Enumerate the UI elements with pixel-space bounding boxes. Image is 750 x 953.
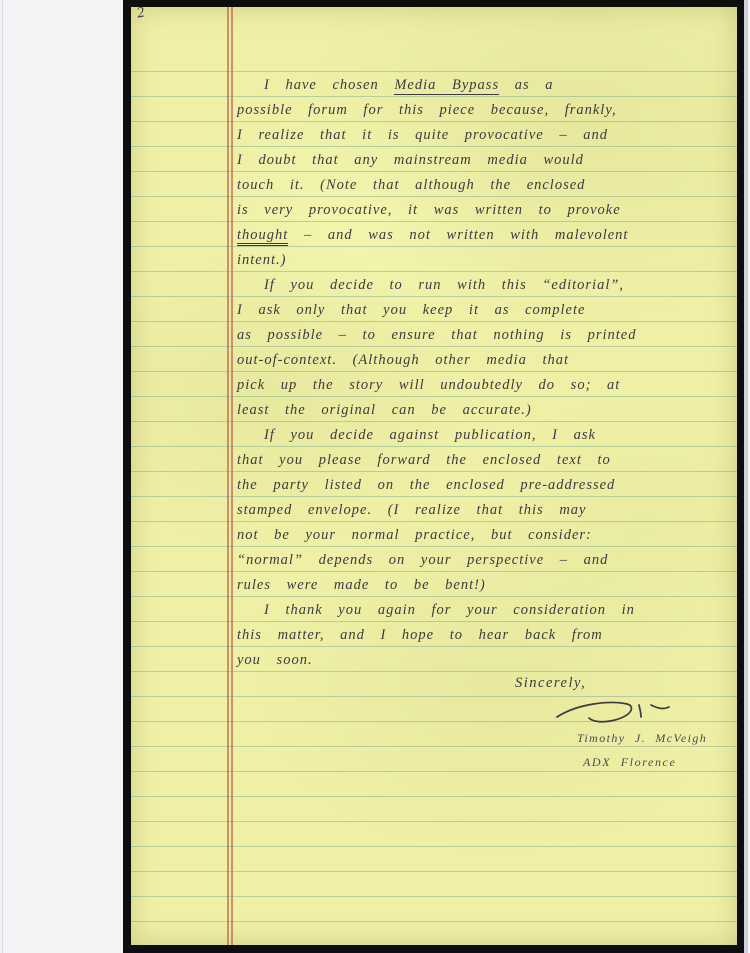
handwritten-line: If you decide to run with this “editoria… <box>237 273 729 298</box>
red-margin-line <box>227 7 233 945</box>
handwritten-line: thought – and was not written with malev… <box>237 223 729 248</box>
handwritten-line: pick up the story will undoubtedly do so… <box>237 373 729 398</box>
handwritten-line: I thank you again for your consideration… <box>237 598 729 623</box>
closing-salutation: Sincerely, <box>515 675 586 692</box>
handwritten-line: I ask only that you keep it as complete <box>237 298 729 323</box>
paper-edge-highlight <box>744 0 748 953</box>
handwritten-line: rules were made to be bent!) <box>237 573 729 598</box>
handwritten-line: is very provocative, it was written to p… <box>237 198 729 223</box>
handwritten-line: you soon. <box>237 648 729 673</box>
scan-left-margin-line <box>2 0 3 953</box>
handwritten-line: I doubt that any mainstream media would <box>237 148 729 173</box>
handwritten-line: this matter, and I hope to hear back fro… <box>237 623 729 648</box>
underlined-word: Media Bypass <box>394 77 499 95</box>
handwritten-line: intent.) <box>237 248 729 273</box>
double-underlined-word: thought <box>237 227 288 246</box>
legal-pad-page: 2 I have chosen Media Bypass as a possib… <box>131 7 737 945</box>
handwritten-line: touch it. (Note that although the enclos… <box>237 173 729 198</box>
handwritten-line: out-of-context. (Although other media th… <box>237 348 729 373</box>
scanned-letter: 2 I have chosen Media Bypass as a possib… <box>0 0 750 953</box>
handwritten-line: not be your normal practice, but conside… <box>237 523 729 548</box>
page-number: 2 <box>135 4 147 22</box>
signature-icon <box>551 695 677 733</box>
handwritten-line: that you please forward the enclosed tex… <box>237 448 729 473</box>
page-frame: 2 I have chosen Media Bypass as a possib… <box>123 0 744 953</box>
handwritten-line: possible forum for this piece because, f… <box>237 98 729 123</box>
signature-location: ADX Florence <box>583 755 676 770</box>
handwritten-line: “normal” depends on your perspective – a… <box>237 548 729 573</box>
handwritten-line: the party listed on the enclosed pre-add… <box>237 473 729 498</box>
signature-name: Timothy J. McVeigh <box>577 731 707 746</box>
handwritten-line: as possible – to ensure that nothing is … <box>237 323 729 348</box>
handwritten-line: I realize that it is quite provocative –… <box>237 123 729 148</box>
handwritten-line: I have chosen Media Bypass as a <box>237 73 729 98</box>
handwritten-line: If you decide against publication, I ask <box>237 423 729 448</box>
handwritten-line: stamped envelope. (I realize that this m… <box>237 498 729 523</box>
handwritten-line: least the original can be accurate.) <box>237 398 729 423</box>
letter-body: I have chosen Media Bypass as a possible… <box>237 73 729 673</box>
